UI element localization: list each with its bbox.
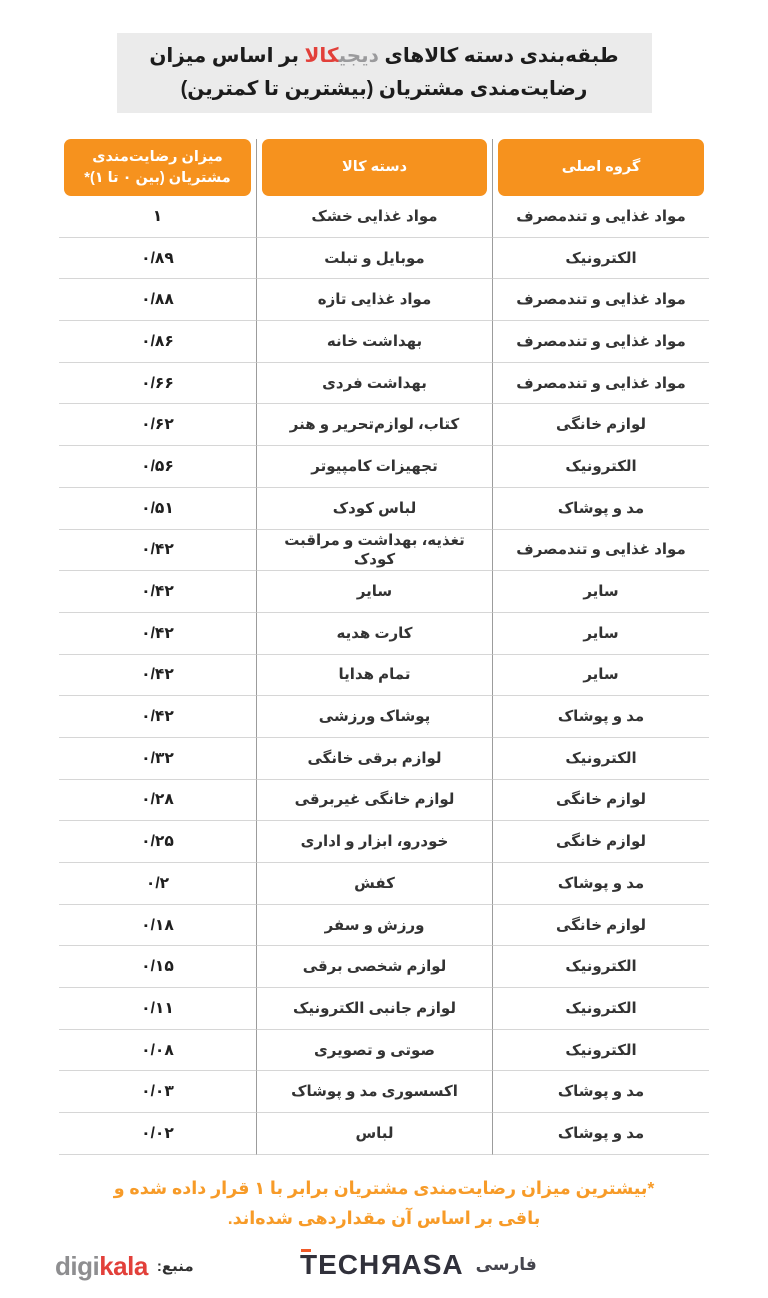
category-cell: بهداشت خانه: [256, 321, 493, 363]
group-cell: مد و پوشاک: [493, 488, 709, 530]
value-cell: ۰/۸۹: [59, 238, 256, 280]
header-cell-satisfaction: میزان رضایت‌مندی مشتریان (بین ۰ تا ۱)*: [59, 139, 256, 196]
table-row: لوازم خانگی خودرو، ابزار و اداری ۰/۲۵: [59, 821, 709, 863]
category-cell: کارت هدیه: [256, 613, 493, 655]
category-cell: پوشاک ورزشی: [256, 696, 493, 738]
value-cell: ۰/۴۲: [59, 696, 256, 738]
category-cell: لوازم خانگی غیربرقی: [256, 780, 493, 822]
category-cell: کتاب، لوازم‌تحریر و هنر: [256, 404, 493, 446]
group-cell: مد و پوشاک: [493, 696, 709, 738]
category-cell: لوازم شخصی برقی: [256, 946, 493, 988]
source-block: digikala منبع:: [55, 1252, 194, 1280]
category-cell: خودرو، ابزار و اداری: [256, 821, 493, 863]
page-title: طبقه‌بندی دسته کالاهای دیجیکالا بر اساس …: [117, 33, 652, 113]
table-row: مواد غذایی و تندمصرف بهداشت خانه ۰/۸۶: [59, 321, 709, 363]
category-cell: لوازم برقی خانگی: [256, 738, 493, 780]
techrasa-logo-t: T: [300, 1250, 318, 1280]
header-satisfaction-label: میزان رضایت‌مندی مشتریان (بین ۰ تا ۱)*: [64, 139, 251, 196]
title-prefix: طبقه‌بندی دسته کالاهای: [384, 45, 618, 67]
group-cell: مد و پوشاک: [493, 1113, 709, 1155]
value-cell: ۰/۵۶: [59, 446, 256, 488]
category-cell: کفش: [256, 863, 493, 905]
group-cell: الکترونیک: [493, 988, 709, 1030]
value-cell: ۰/۱۸: [59, 905, 256, 947]
category-cell: تمام هدایا: [256, 655, 493, 697]
value-cell: ۰/۶۲: [59, 404, 256, 446]
value-cell: ۰/۸۶: [59, 321, 256, 363]
table-row: لوازم خانگی ورزش و سفر ۰/۱۸: [59, 905, 709, 947]
value-cell: ۰/۰۸: [59, 1030, 256, 1072]
group-cell: مد و پوشاک: [493, 1071, 709, 1113]
table-row: مد و پوشاک کفش ۰/۲: [59, 863, 709, 905]
table-row: سایر سایر ۰/۴۲: [59, 571, 709, 613]
group-cell: مواد غذایی و تندمصرف: [493, 321, 709, 363]
infographic-page: { "title": { "prefix": "طبقه‌بندی دسته ک…: [0, 0, 768, 1298]
table-row: مواد غذایی و تندمصرف مواد غذایی خشک ۱: [59, 196, 709, 238]
value-cell: ۰/۰۳: [59, 1071, 256, 1113]
brand-digi: دیجی: [339, 45, 379, 67]
value-cell: ۰/۲۸: [59, 780, 256, 822]
table-row: الکترونیک تجهیزات کامپیوتر ۰/۵۶: [59, 446, 709, 488]
table-row: الکترونیک لوازم برقی خانگی ۰/۳۲: [59, 738, 709, 780]
table-row: الکترونیک لوازم شخصی برقی ۰/۱۵: [59, 946, 709, 988]
group-cell: سایر: [493, 571, 709, 613]
group-cell: مواد غذایی و تندمصرف: [493, 363, 709, 405]
group-cell: مواد غذایی و تندمصرف: [493, 530, 709, 572]
value-cell: ۰/۸۸: [59, 279, 256, 321]
techrasa-logo-asa: ASA: [401, 1250, 463, 1280]
table-row: مواد غذایی و تندمصرف تغذیه، بهداشت و مرا…: [59, 530, 709, 572]
table-row: الکترونیک موبایل و تبلت ۰/۸۹: [59, 238, 709, 280]
table-body: مواد غذایی و تندمصرف مواد غذایی خشک ۱ ال…: [59, 196, 709, 1155]
group-cell: سایر: [493, 655, 709, 697]
category-cell: بهداشت فردی: [256, 363, 493, 405]
satisfaction-table: گروه اصلی دسته کالا میزان رضایت‌مندی مشت…: [59, 139, 709, 1155]
table-row: مواد غذایی و تندمصرف بهداشت فردی ۰/۶۶: [59, 363, 709, 405]
digikala-logo: digikala: [55, 1252, 148, 1280]
table-row: مواد غذایی و تندمصرف مواد غذایی تازه ۰/۸…: [59, 279, 709, 321]
group-cell: الکترونیک: [493, 238, 709, 280]
value-cell: ۰/۴۲: [59, 655, 256, 697]
group-cell: لوازم خانگی: [493, 404, 709, 446]
category-cell: لباس کودک: [256, 488, 493, 530]
table-row: سایر تمام هدایا ۰/۴۲: [59, 655, 709, 697]
publisher-block: TECHRASA فارسی: [300, 1250, 537, 1280]
category-cell: تجهیزات کامپیوتر: [256, 446, 493, 488]
category-cell: ورزش و سفر: [256, 905, 493, 947]
publisher-farsi-label: فارسی: [476, 1255, 537, 1275]
table-row: الکترونیک صوتی و تصویری ۰/۰۸: [59, 1030, 709, 1072]
group-cell: سایر: [493, 613, 709, 655]
value-cell: ۰/۶۶: [59, 363, 256, 405]
value-cell: ۰/۲: [59, 863, 256, 905]
source-label: منبع:: [157, 1257, 194, 1275]
group-cell: الکترونیک: [493, 1030, 709, 1072]
value-cell: ۱: [59, 196, 256, 238]
value-cell: ۰/۴۲: [59, 530, 256, 572]
category-cell: اکسسوری مد و پوشاک: [256, 1071, 493, 1113]
value-cell: ۰/۱۱: [59, 988, 256, 1030]
category-cell: سایر: [256, 571, 493, 613]
digikala-logo-kala: kala: [99, 1251, 148, 1281]
header-category-label: دسته کالا: [262, 139, 487, 196]
group-cell: لوازم خانگی: [493, 821, 709, 863]
group-cell: مواد غذایی و تندمصرف: [493, 196, 709, 238]
value-cell: ۰/۳۲: [59, 738, 256, 780]
table-row: لوازم خانگی لوازم خانگی غیربرقی ۰/۲۸: [59, 780, 709, 822]
value-cell: ۰/۵۱: [59, 488, 256, 530]
category-cell: مواد غذایی خشک: [256, 196, 493, 238]
value-cell: ۰/۴۲: [59, 613, 256, 655]
table-row: مد و پوشاک اکسسوری مد و پوشاک ۰/۰۳: [59, 1071, 709, 1113]
category-cell: تغذیه، بهداشت و مراقبت کودک: [256, 530, 493, 572]
table-row: مد و پوشاک لباس ۰/۰۲: [59, 1113, 709, 1155]
group-cell: الکترونیک: [493, 946, 709, 988]
category-cell: مواد غذایی تازه: [256, 279, 493, 321]
group-cell: مد و پوشاک: [493, 863, 709, 905]
brand-kala: کالا: [305, 45, 339, 67]
group-cell: الکترونیک: [493, 446, 709, 488]
group-cell: مواد غذایی و تندمصرف: [493, 279, 709, 321]
footnote: *بیشترین میزان رضایت‌مندی مشتریان برابر …: [94, 1173, 674, 1233]
digikala-logo-digi: digi: [55, 1251, 99, 1281]
value-cell: ۰/۲۵: [59, 821, 256, 863]
category-cell: لوازم جانبی الکترونیک: [256, 988, 493, 1030]
value-cell: ۰/۱۵: [59, 946, 256, 988]
group-cell: لوازم خانگی: [493, 905, 709, 947]
category-cell: موبایل و تبلت: [256, 238, 493, 280]
value-cell: ۰/۴۲: [59, 571, 256, 613]
group-cell: الکترونیک: [493, 738, 709, 780]
header-group-label: گروه اصلی: [498, 139, 704, 196]
group-cell: لوازم خانگی: [493, 780, 709, 822]
table-row: الکترونیک لوازم جانبی الکترونیک ۰/۱۱: [59, 988, 709, 1030]
table-header-row: گروه اصلی دسته کالا میزان رضایت‌مندی مشت…: [59, 139, 709, 196]
techrasa-logo: TECHRASA: [300, 1250, 464, 1280]
value-cell: ۰/۰۲: [59, 1113, 256, 1155]
header-cell-group: گروه اصلی: [493, 139, 709, 196]
header-cell-category: دسته کالا: [256, 139, 493, 196]
table-row: لوازم خانگی کتاب، لوازم‌تحریر و هنر ۰/۶۲: [59, 404, 709, 446]
bottom-bar: digikala منبع: TECHRASA فارسی: [0, 1247, 768, 1287]
techrasa-logo-reversed-r: R: [380, 1250, 401, 1280]
table-row: سایر کارت هدیه ۰/۴۲: [59, 613, 709, 655]
techrasa-logo-ech: ECH: [318, 1250, 380, 1280]
table-row: مد و پوشاک لباس کودک ۰/۵۱: [59, 488, 709, 530]
table-row: مد و پوشاک پوشاک ورزشی ۰/۴۲: [59, 696, 709, 738]
category-cell: صوتی و تصویری: [256, 1030, 493, 1072]
category-cell: لباس: [256, 1113, 493, 1155]
